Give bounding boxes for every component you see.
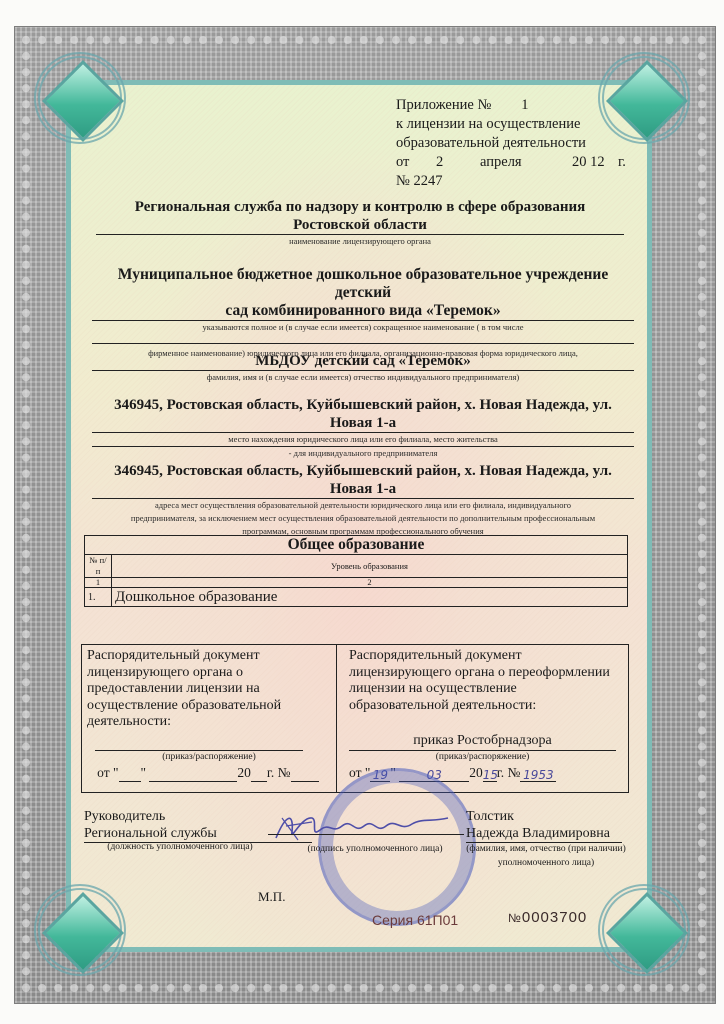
appendix-date: от 2 апреля 20 12 г.	[396, 153, 646, 172]
license-number-label: №	[396, 172, 410, 191]
legal-address-caption2: - для индивидуального предпринимателя	[92, 447, 634, 460]
row-level: Дошкольное образование	[112, 588, 628, 607]
licensee-caption1: указываются полное и (в случае если имее…	[92, 321, 634, 344]
licensee-line2: сад комбинированного вида «Теремок»	[92, 302, 634, 321]
signer-surname: Толстик	[466, 808, 622, 825]
reissue-order-value: приказ Ростобрнадзора	[349, 733, 616, 751]
granting-day	[119, 767, 141, 782]
appendix-title: Приложение №	[396, 96, 491, 115]
licensee-name: Муниципальное бюджетное дошкольное образ…	[92, 266, 634, 360]
appendix-line3: образовательной деятельности	[396, 134, 646, 153]
appendix-number: 1	[521, 96, 528, 115]
granting-order-value	[95, 733, 303, 751]
authority-line1: Региональная служба по надзору и контрол…	[80, 198, 640, 216]
licensee-line1: Муниципальное бюджетное дошкольное образ…	[92, 266, 634, 302]
signature-line	[268, 834, 464, 835]
date-month: апреля	[480, 153, 572, 172]
corner-ornament-icon	[598, 884, 690, 976]
granting-number	[291, 767, 319, 782]
reissue-order-caption: (приказ/распоряжение)	[349, 751, 616, 763]
number-label: №	[278, 765, 291, 780]
activity-address-caption1: адреса мест осуществления образовательно…	[92, 499, 634, 512]
row-number: 1.	[85, 588, 112, 607]
year-prefix: 20	[469, 765, 483, 780]
license-number: 2247	[413, 172, 442, 191]
granting-date-line: от "" 20г. №	[87, 765, 331, 782]
col-num-header: № п/п	[85, 555, 112, 578]
administrative-documents: Распорядительный документ лицензирующего…	[81, 644, 629, 793]
licensee-short-name: МБДОУ детский сад «Теремок» фамилия, имя…	[92, 352, 634, 384]
date-prefix: от	[396, 153, 436, 172]
form-number-value: 0003700	[522, 909, 587, 926]
date-year: 20 12	[572, 153, 618, 172]
activity-address: 346945, Ростовская область, Куйбышевский…	[92, 462, 634, 538]
name-caption: (фамилия, имя, отчество (при наличии) уп…	[466, 842, 626, 870]
col-level-index: 2	[112, 578, 628, 588]
reissue-text: Распорядительный документ лицензирующего…	[349, 648, 616, 731]
authority-line2: Ростовской области	[96, 216, 624, 235]
granting-month	[149, 767, 237, 782]
appendix-header: Приложение № 1 к лицензии на осуществлен…	[396, 96, 646, 191]
col-level-header: Уровень образования	[112, 555, 628, 578]
table-row: 1. Дошкольное образование	[85, 588, 628, 607]
series-label: Серия	[372, 912, 413, 928]
table-title: Общее образование	[85, 536, 628, 555]
position-caption: (должность уполномоченного лица)	[90, 842, 270, 852]
legal-address-value: 346945, Ростовская область, Куйбышевский…	[92, 396, 634, 433]
legal-address: 346945, Ростовская область, Куйбышевский…	[92, 396, 634, 460]
granting-text: Распорядительный документ лицензирующего…	[87, 648, 331, 731]
year-suffix: г.	[267, 765, 274, 780]
licensing-authority: Региональная служба по надзору и контрол…	[80, 198, 640, 248]
signer-given-names: Надежда Владимировна	[466, 825, 622, 843]
position-line1: Руководитель	[84, 808, 314, 825]
education-levels-table: Общее образование № п/п Уровень образова…	[84, 535, 628, 607]
col-num-index: 1	[85, 578, 112, 588]
form-series: Серия 61П01	[372, 912, 458, 928]
granting-year	[251, 767, 267, 782]
date-suffix: г.	[618, 153, 626, 172]
short-name-caption: фамилия, имя и (в случае если имеется) о…	[92, 371, 634, 384]
signature-caption: (подпись уполномоченного лица)	[300, 842, 450, 856]
form-number: №0003700	[508, 909, 587, 926]
authority-caption: наименование лицензирующего органа	[80, 235, 640, 248]
year-suffix: г.	[497, 765, 504, 780]
corner-ornament-icon	[34, 884, 126, 976]
granting-document-box: Распорядительный документ лицензирующего…	[82, 645, 337, 792]
date-prefix: от	[97, 765, 109, 780]
form-number-label: №	[508, 911, 522, 925]
reissue-number: 1953	[520, 767, 556, 782]
activity-address-value: 346945, Ростовская область, Куйбышевский…	[92, 462, 634, 499]
legal-address-caption1: место нахождения юридического лица или е…	[92, 433, 634, 447]
series-value: 61П01	[417, 912, 458, 928]
short-name: МБДОУ детский сад «Теремок»	[92, 352, 634, 371]
granting-order-caption: (приказ/распоряжение)	[87, 751, 331, 763]
date-day: 2	[436, 153, 480, 172]
signer-position: Руководитель Региональной службы	[84, 808, 314, 843]
appendix-line2: к лицензии на осуществление	[396, 115, 646, 134]
activity-address-caption2: предпринимателя, за исключением мест осу…	[92, 512, 634, 525]
reissue-year: 15	[483, 767, 497, 782]
stamp-place-label: М.П.	[258, 889, 285, 905]
corner-ornament-icon	[34, 52, 126, 144]
year-prefix: 20	[237, 765, 251, 780]
number-label: №	[508, 765, 521, 780]
signer-name: Толстик Надежда Владимировна	[466, 808, 622, 843]
